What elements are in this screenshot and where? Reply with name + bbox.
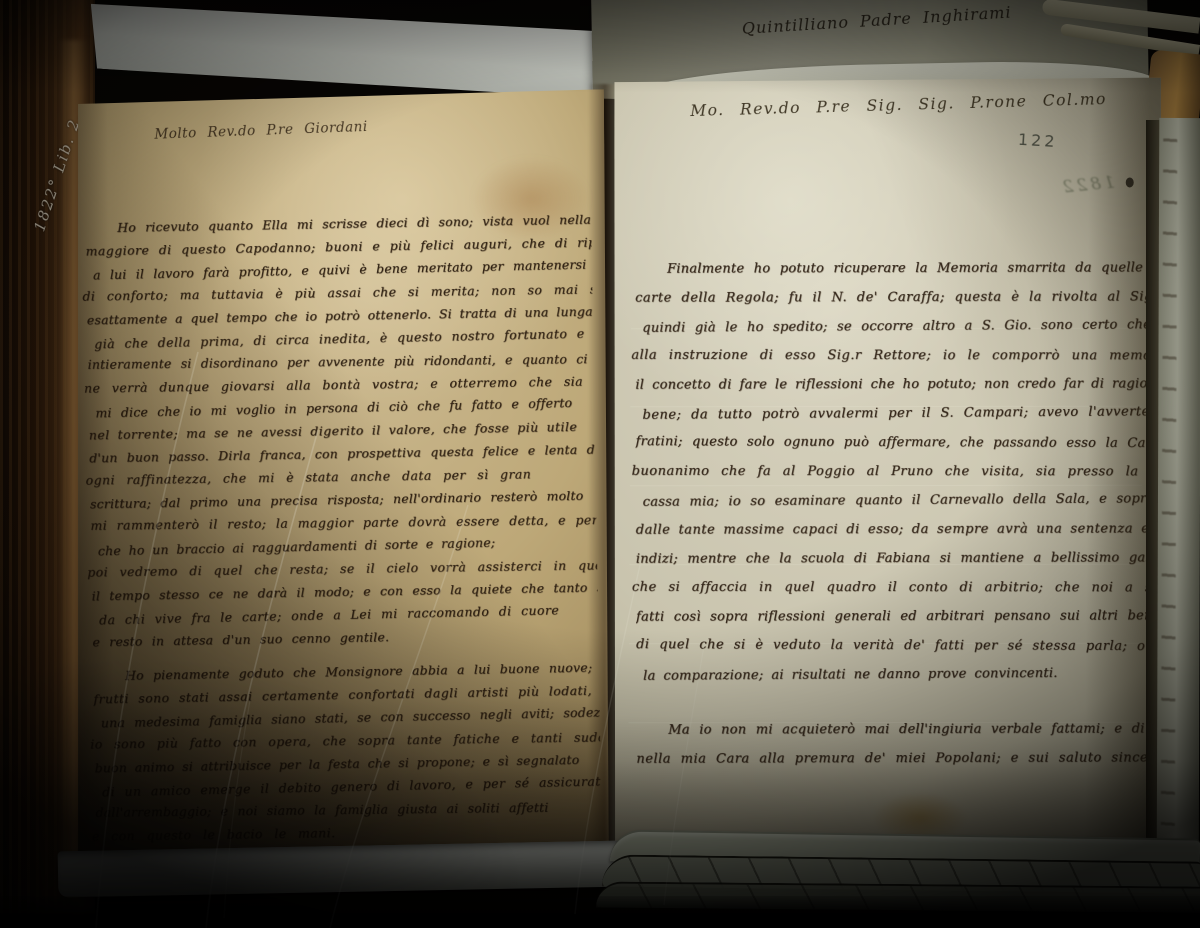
manuscript-photo: 1822° Lib. 2. Quintilliano Padre Inghira… [0,0,1200,928]
scratch-lines [0,0,1200,928]
